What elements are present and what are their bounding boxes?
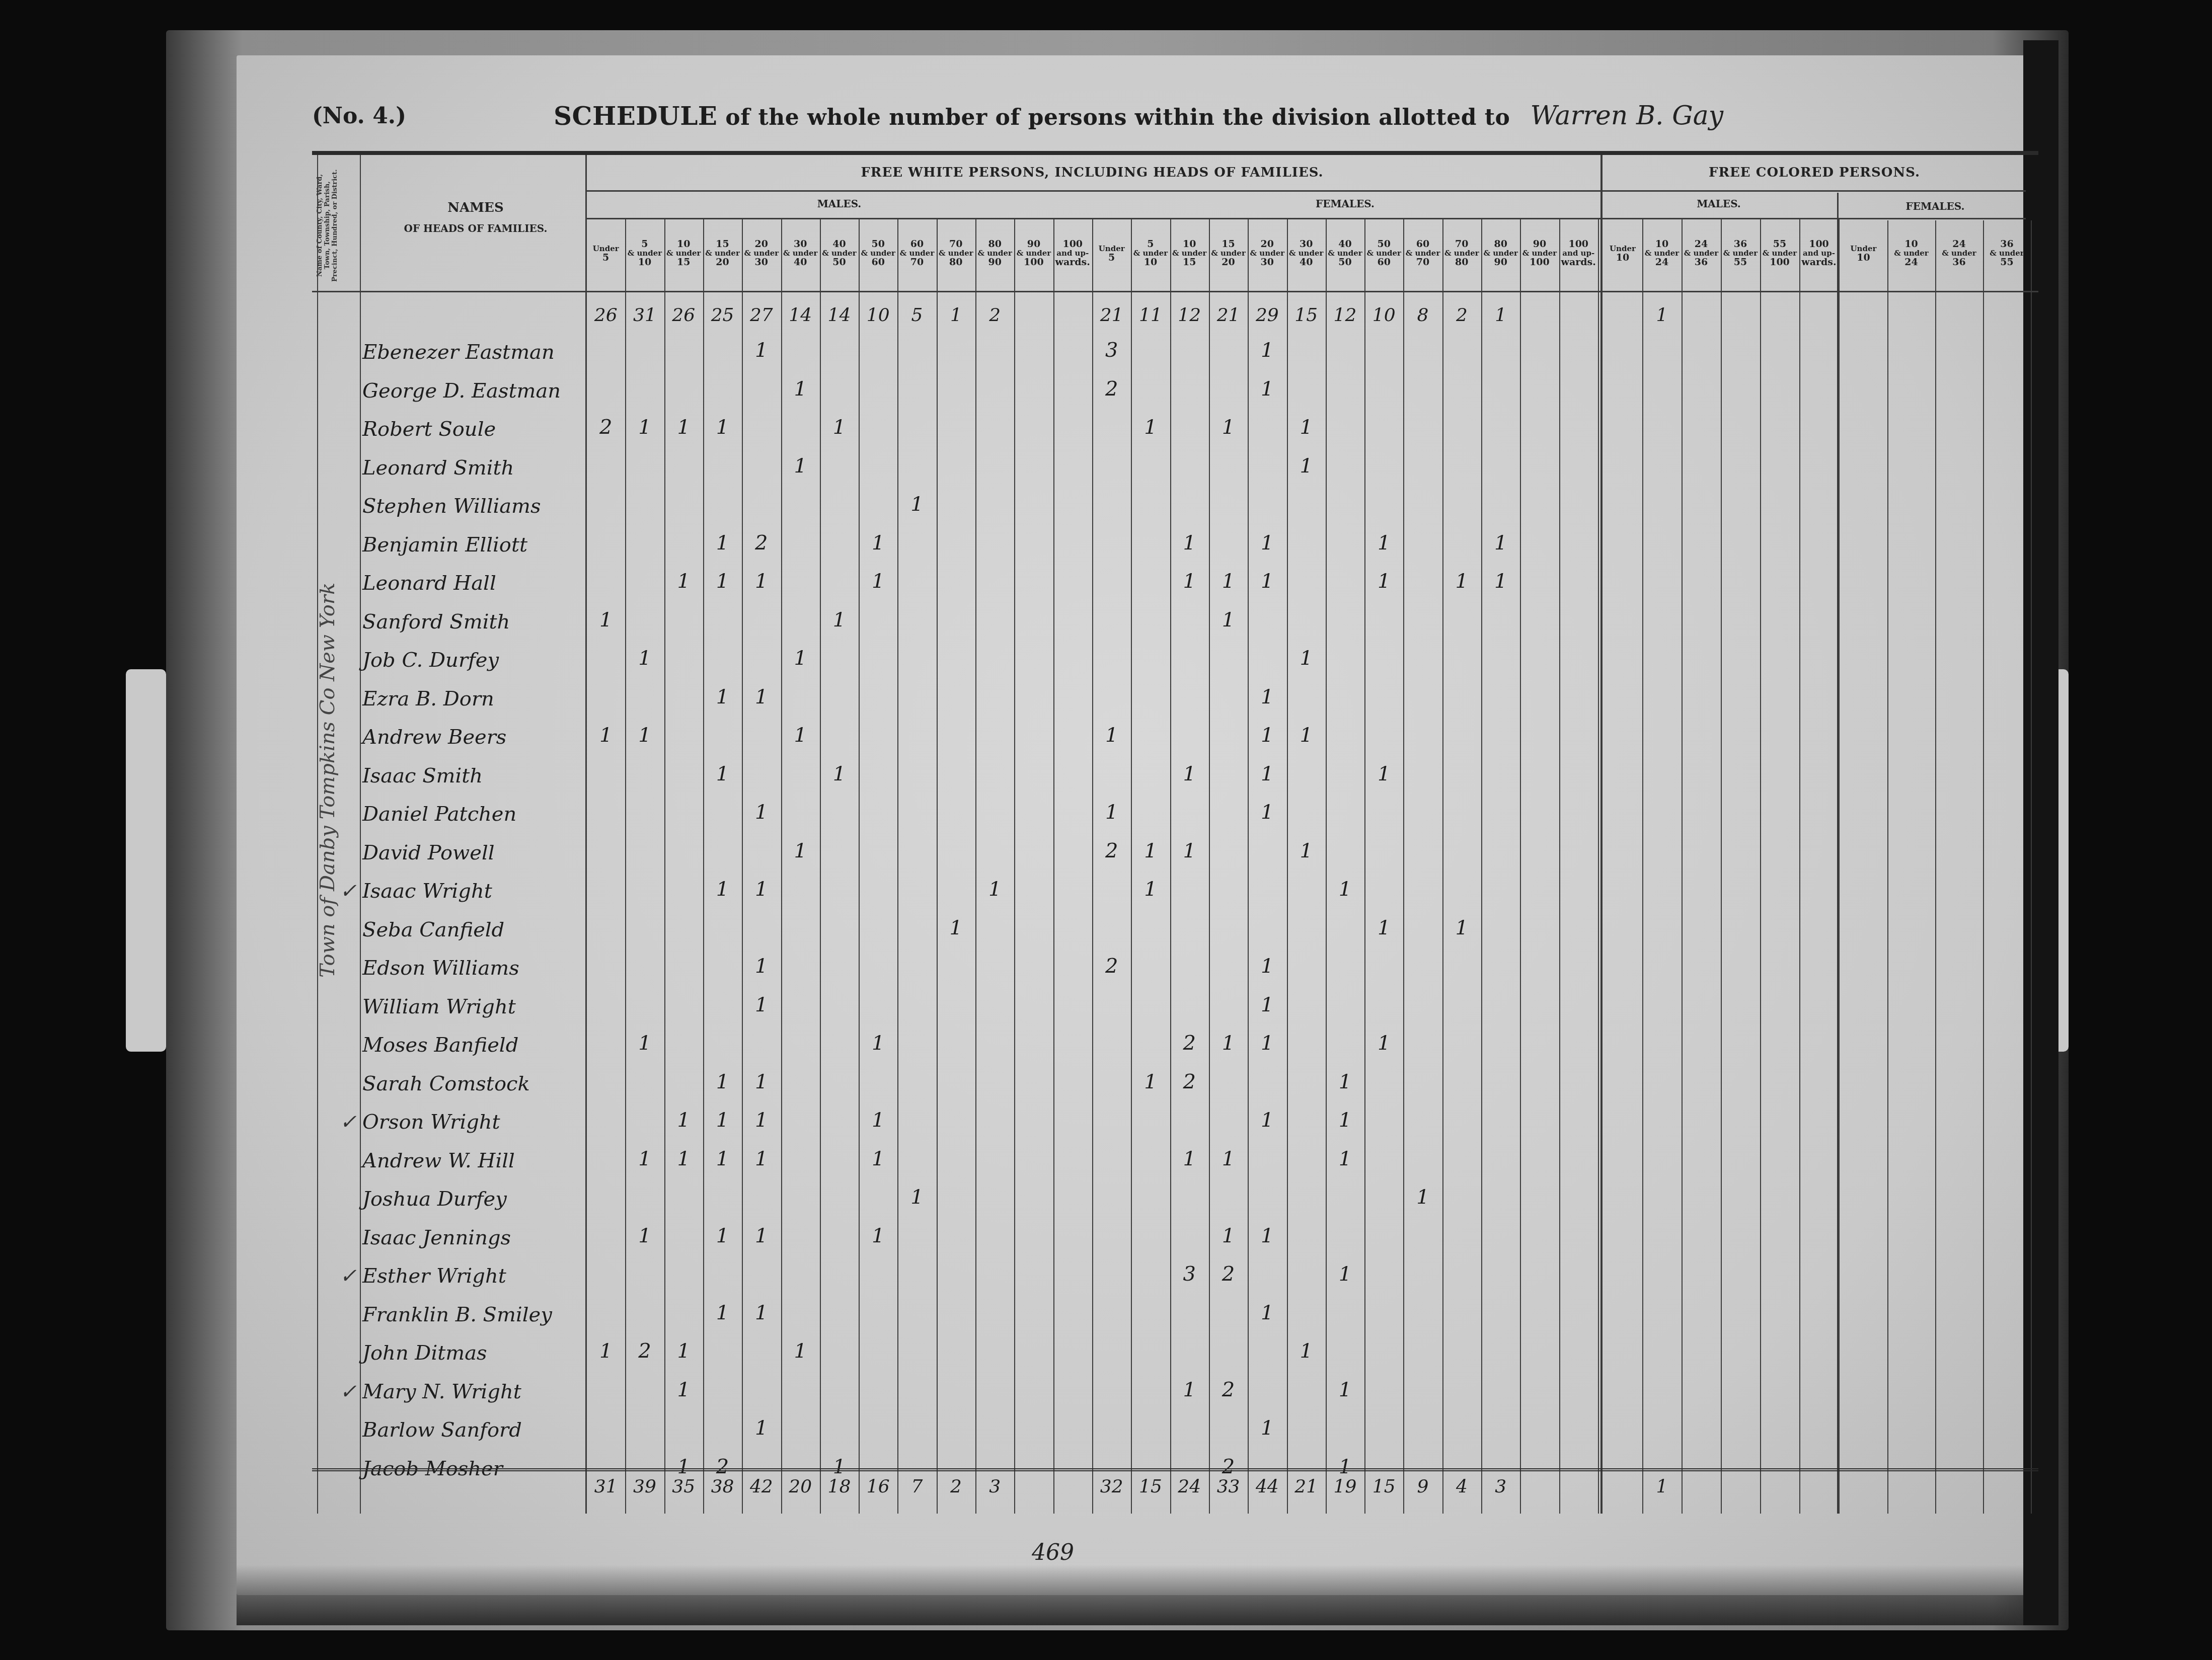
- age-header-top: 50: [859, 240, 897, 249]
- age-column-header: 30& under40: [781, 220, 820, 286]
- count-cell-wf: 1: [1131, 1070, 1170, 1093]
- count-cell-wm: 1: [742, 993, 781, 1016]
- location-margin-note: Town of Danby Tompkins Co New York: [316, 503, 346, 1057]
- count-cell-wf: 1: [1287, 839, 1326, 862]
- count-cell-wm: 1: [742, 878, 781, 901]
- count-cell-wf: 2: [1092, 377, 1131, 401]
- age-column-header: Under5: [1092, 220, 1131, 286]
- age-header-top: 70: [1442, 240, 1481, 249]
- page-tab-left: [126, 669, 166, 1052]
- count-cell-wf: 1: [1209, 1224, 1248, 1247]
- age-column-header: 20& under30: [1248, 220, 1286, 286]
- head-of-family-name: Esther Wright: [362, 1264, 584, 1288]
- age-header-bot: 60: [859, 258, 897, 267]
- count-cell-wm: 1: [703, 762, 742, 785]
- count-cell-wf: 1: [1326, 1262, 1364, 1286]
- count-cell-wm: 1: [742, 570, 781, 593]
- count-cell-wm: 1: [742, 685, 781, 708]
- count-cell-wf: 1: [1170, 570, 1209, 593]
- table-row: Seba Canfield111: [312, 911, 2038, 950]
- count-cell-wf: 1: [1170, 762, 1209, 785]
- count-cell-wm: 1: [897, 493, 936, 516]
- count-cell-wf: 2: [1092, 955, 1131, 978]
- count-cell-wf: 21: [1092, 305, 1131, 326]
- census-table: Name of County, City, Ward, Town, Townsh…: [312, 151, 2038, 1524]
- count-cell-wm: 1: [703, 531, 742, 555]
- head-of-family-name: Seba Canfield: [362, 918, 584, 941]
- age-header-top: 90: [1520, 240, 1559, 249]
- count-cell-wf: 1: [1092, 724, 1131, 747]
- count-cell-wf: 1: [1326, 1378, 1364, 1401]
- age-header-bot: wards.: [1799, 258, 1839, 267]
- head-of-family-name: Ezra B. Dorn: [362, 687, 584, 710]
- count-cell-wf: 1: [1248, 339, 1286, 362]
- count-cell-wm: 1: [859, 531, 897, 555]
- table-row: ✓Mary N. Wright1121: [312, 1373, 2038, 1412]
- free-colored-females-header: FEMALES.: [1840, 200, 2031, 212]
- count-cell-wf: 21: [1209, 305, 1248, 326]
- age-column-header: 15& under20: [703, 220, 742, 286]
- age-header-bot: 15: [1170, 258, 1209, 267]
- count-cell-wf: 1: [1442, 570, 1481, 593]
- age-column-header: 5& under10: [1131, 220, 1170, 286]
- count-cell-wf: 1: [1131, 878, 1170, 901]
- count-cell-wf: 1: [1248, 1416, 1286, 1440]
- age-header-top: 60: [897, 240, 936, 249]
- count-cell-wm: 1: [937, 305, 975, 326]
- table-row: ✓Isaac Wright11111: [312, 873, 2038, 911]
- age-header-bot: 10: [1840, 253, 1887, 262]
- age-column-header: 24& under36: [1935, 220, 1983, 286]
- count-cell-wf: 2: [1092, 839, 1131, 862]
- age-column-header: 70& under80: [1442, 220, 1481, 286]
- count-cell-wf: 1: [1248, 1109, 1286, 1132]
- count-cell-wf: 33: [1209, 1476, 1248, 1497]
- count-cell-wf: 1: [1364, 570, 1403, 593]
- age-header-top: 80: [1481, 240, 1520, 249]
- age-column-header: 10& under15: [1170, 220, 1209, 286]
- count-cell-wf: 1: [1403, 1185, 1442, 1209]
- age-header-bot: 40: [1287, 258, 1326, 267]
- count-cell-cm: 1: [1642, 1476, 1682, 1497]
- count-cell-wm: 27: [742, 305, 781, 326]
- count-cell-wf: 4: [1442, 1476, 1481, 1497]
- age-header-bot: 40: [781, 258, 820, 267]
- count-cell-wm: 1: [742, 801, 781, 824]
- count-cell-wf: 2: [1442, 305, 1481, 326]
- age-column-header: 10& under24: [1642, 220, 1682, 286]
- count-cell-wf: 1: [1209, 1032, 1248, 1055]
- count-cell-wm: 1: [664, 570, 703, 593]
- count-cell-wf: 21: [1287, 1476, 1326, 1497]
- count-cell-wm: 14: [820, 305, 859, 326]
- count-cell-wm: 1: [897, 1185, 936, 1209]
- age-header-top: 20: [1248, 240, 1286, 249]
- count-cell-wf: 9: [1403, 1476, 1442, 1497]
- count-cell-wf: 1: [1364, 916, 1403, 939]
- count-cell-wf: 1: [1209, 416, 1248, 439]
- count-cell-wm: 1: [703, 878, 742, 901]
- count-cell-wf: 8: [1403, 305, 1442, 326]
- count-cell-wm: 1: [703, 1224, 742, 1247]
- count-cell-wm: 1: [781, 647, 820, 670]
- count-cell-wm: 1: [742, 1070, 781, 1093]
- table-row: Sarah Comstock11121: [312, 1065, 2038, 1104]
- free-white-header: FREE WHITE PERSONS, INCLUDING HEADS OF F…: [586, 165, 1598, 180]
- totals-row: 313935384220181672332152433442119159431: [312, 1468, 2038, 1510]
- age-header-top: 40: [820, 240, 859, 249]
- age-column-header: 70& under80: [937, 220, 975, 286]
- head-of-family-name: Leonard Hall: [362, 572, 584, 595]
- head-of-family-name: David Powell: [362, 841, 584, 864]
- count-cell-wf: 1: [1209, 1147, 1248, 1170]
- age-header-top: 24: [1682, 240, 1721, 249]
- age-header-bot: 10: [625, 258, 664, 267]
- age-header-top: 90: [1014, 240, 1053, 249]
- age-column-header: 20& under30: [742, 220, 781, 286]
- free-colored-males-header: MALES.: [1600, 198, 1837, 210]
- count-cell-wf: 2: [1170, 1070, 1209, 1093]
- age-header-top: 10: [1642, 240, 1682, 249]
- age-header-bot: 30: [1248, 258, 1286, 267]
- count-cell-wm: 1: [781, 839, 820, 862]
- age-header-top: 80: [975, 240, 1014, 249]
- age-header-bot: 36: [1682, 258, 1721, 267]
- count-cell-wm: 1: [742, 1109, 781, 1132]
- age-header-top: 100: [1799, 240, 1839, 249]
- form-number: (No. 4.): [312, 103, 554, 129]
- count-cell-wm: 5: [897, 305, 936, 326]
- count-cell-wm: 1: [859, 570, 897, 593]
- count-cell-wm: 1: [625, 1032, 664, 1055]
- table-row: Job C. Durfey111: [312, 642, 2038, 680]
- age-column-header: 80& under90: [1481, 220, 1520, 286]
- age-header-bot: 60: [1364, 258, 1403, 267]
- age-header-bot: 80: [1442, 258, 1481, 267]
- head-of-family-name: Joshua Durfey: [362, 1188, 584, 1211]
- age-header-top: 100: [1559, 240, 1598, 249]
- age-header-top: 36: [1721, 240, 1760, 249]
- count-cell-wf: 1: [1481, 570, 1520, 593]
- count-cell-wm: 18: [820, 1476, 859, 1497]
- age-header-top: 70: [937, 240, 975, 249]
- age-header-bot: 15: [664, 258, 703, 267]
- count-cell-wf: 32: [1092, 1476, 1131, 1497]
- table-row: John Ditmas12111: [312, 1334, 2038, 1373]
- count-cell-wf: 1: [1248, 531, 1286, 555]
- count-cell-wm: 1: [859, 1032, 897, 1055]
- count-cell-wm: 1: [781, 724, 820, 747]
- head-of-family-name: Job C. Durfey: [362, 649, 584, 672]
- count-cell-cm: 1: [1642, 305, 1682, 326]
- age-header-bot: 20: [1209, 258, 1248, 267]
- age-header-bot: 55: [1721, 258, 1760, 267]
- head-of-family-name: Sanford Smith: [362, 610, 584, 634]
- head-of-family-name: Isaac Jennings: [362, 1226, 584, 1249]
- count-cell-wm: 2: [975, 305, 1014, 326]
- count-cell-wm: 1: [742, 955, 781, 978]
- age-column-header: 90& under100: [1014, 220, 1053, 286]
- count-cell-wm: 1: [859, 1224, 897, 1247]
- count-cell-wf: 2: [1170, 1032, 1209, 1055]
- count-cell-wm: 3: [975, 1476, 1014, 1497]
- age-column-header: 5& under10: [625, 220, 664, 286]
- head-of-family-name: Sarah Comstock: [362, 1072, 584, 1095]
- count-cell-wf: 12: [1326, 305, 1364, 326]
- count-cell-wm: 42: [742, 1476, 781, 1497]
- count-cell-wf: 1: [1481, 305, 1520, 326]
- count-cell-wm: 1: [625, 724, 664, 747]
- count-cell-wm: 1: [820, 416, 859, 439]
- count-cell-wm: 1: [625, 1224, 664, 1247]
- count-cell-wf: 1: [1170, 839, 1209, 862]
- age-column-header: 40& under50: [820, 220, 859, 286]
- count-cell-wf: 3: [1092, 339, 1131, 362]
- count-cell-wm: 1: [586, 608, 625, 631]
- schedule-title-rest: of the whole number of persons within th…: [725, 105, 1510, 130]
- count-cell-wm: 1: [820, 608, 859, 631]
- table-row: Sanford Smith111: [312, 603, 2038, 642]
- age-column-header: 90& under100: [1520, 220, 1559, 286]
- age-header-bot: 90: [1481, 258, 1520, 267]
- age-header-top: 10: [1887, 240, 1935, 249]
- age-column-header: 30& under40: [1287, 220, 1326, 286]
- row-rule: [586, 218, 2026, 219]
- age-column-header: 60& under70: [1403, 220, 1442, 286]
- head-of-family-name: Robert Soule: [362, 418, 584, 441]
- count-cell-wm: 14: [781, 305, 820, 326]
- names-column-header: NAMES OF HEADS OF FAMILIES.: [367, 200, 584, 234]
- location-column-header: Name of County, City, Ward, Town, Townsh…: [316, 165, 346, 286]
- count-cell-wm: 1: [781, 454, 820, 478]
- age-header-top: 50: [1364, 240, 1403, 249]
- table-row: Stephen Williams1: [312, 488, 2038, 526]
- table-row: Franklin B. Smiley111: [312, 1296, 2038, 1335]
- count-cell-wm: 1: [703, 416, 742, 439]
- page-total: 469: [1032, 1540, 1074, 1565]
- head-of-family-name: Mary N. Wright: [362, 1380, 584, 1403]
- carried-forward-row: 263126252714141051221111221291512108211: [312, 300, 2038, 339]
- age-header-bot: 100: [1520, 258, 1559, 267]
- count-cell-wm: 1: [703, 1109, 742, 1132]
- age-column-header: 60& under70: [897, 220, 936, 286]
- count-cell-wm: 1: [703, 1301, 742, 1324]
- age-header-bot: 70: [1403, 258, 1442, 267]
- count-cell-wm: 1: [742, 1301, 781, 1324]
- count-cell-wf: 29: [1248, 305, 1286, 326]
- table-row: Joshua Durfey11: [312, 1180, 2038, 1219]
- table-row: ✓Orson Wright111111: [312, 1103, 2038, 1142]
- count-cell-wm: 1: [742, 1224, 781, 1247]
- table-row: Ezra B. Dorn111: [312, 680, 2038, 719]
- count-cell-wf: 1: [1481, 531, 1520, 555]
- count-cell-wf: 1: [1248, 762, 1286, 785]
- count-cell-wf: 1: [1287, 416, 1326, 439]
- count-cell-wm: 1: [859, 1147, 897, 1170]
- count-cell-wf: 1: [1209, 608, 1248, 631]
- age-header-bot: 50: [1326, 258, 1364, 267]
- age-header-bot: 100: [1760, 258, 1799, 267]
- head-of-family-name: William Wright: [362, 995, 584, 1018]
- count-cell-wm: 1: [742, 1416, 781, 1440]
- head-of-family-name: Orson Wright: [362, 1111, 584, 1134]
- count-cell-wm: 25: [703, 305, 742, 326]
- page-header: (No. 4.) SCHEDULE of the whole number of…: [312, 93, 2023, 138]
- count-cell-wm: 20: [781, 1476, 820, 1497]
- count-cell-wm: 1: [586, 724, 625, 747]
- age-column-header: 100and up-wards.: [1799, 220, 1839, 286]
- age-header-top: 36: [1983, 240, 2031, 249]
- schedule-title-lead: SCHEDULE: [554, 101, 717, 131]
- age-column-header: 55& under100: [1760, 220, 1799, 286]
- age-column-header: 80& under90: [975, 220, 1014, 286]
- age-column-header: 36& under55: [1721, 220, 1760, 286]
- age-header-bot: 55: [1983, 258, 2031, 267]
- head-of-family-name: Ebenezer Eastman: [362, 341, 584, 364]
- count-cell-wf: 1: [1442, 916, 1481, 939]
- head-of-family-name: George D. Eastman: [362, 379, 584, 403]
- age-column-header: 10& under15: [664, 220, 703, 286]
- count-cell-wf: 1: [1326, 878, 1364, 901]
- count-cell-wm: 16: [859, 1476, 897, 1497]
- table-row: Moses Banfield112111: [312, 1026, 2038, 1065]
- count-cell-wm: 26: [586, 305, 625, 326]
- count-cell-wf: 1: [1170, 1378, 1209, 1401]
- enumerator-name: Warren B. Gay: [1530, 101, 1723, 131]
- table-row: Daniel Patchen111: [312, 796, 2038, 834]
- table-row: Robert Soule21111111: [312, 411, 2038, 449]
- count-cell-wf: 1: [1170, 1147, 1209, 1170]
- count-cell-wm: 38: [703, 1476, 742, 1497]
- age-column-header: 36& under55: [1983, 220, 2031, 286]
- count-cell-wm: 2: [742, 531, 781, 555]
- age-column-header: Under10: [1840, 220, 1887, 286]
- count-cell-wf: 2: [1209, 1262, 1248, 1286]
- head-of-family-name: Isaac Smith: [362, 764, 584, 787]
- count-cell-wm: 1: [975, 878, 1014, 901]
- count-cell-wf: 1: [1248, 1032, 1286, 1055]
- age-header-top: 15: [1209, 240, 1248, 249]
- age-header-top: 15: [703, 240, 742, 249]
- age-header-bot: 24: [1642, 258, 1682, 267]
- head-of-family-name: Leonard Smith: [362, 456, 584, 480]
- count-cell-wm: 1: [664, 416, 703, 439]
- count-cell-wm: 10: [859, 305, 897, 326]
- head-of-family-name: Andrew W. Hill: [362, 1149, 584, 1172]
- count-cell-wf: 1: [1364, 531, 1403, 555]
- count-cell-wm: 1: [703, 685, 742, 708]
- count-cell-wf: 1: [1287, 454, 1326, 478]
- count-cell-wm: 31: [625, 305, 664, 326]
- age-column-header: 40& under50: [1326, 220, 1364, 286]
- count-cell-wf: 15: [1131, 1476, 1170, 1497]
- count-cell-wf: 1: [1287, 724, 1326, 747]
- count-cell-wm: 31: [586, 1476, 625, 1497]
- age-header-bot: 20: [703, 258, 742, 267]
- count-cell-wm: 2: [586, 416, 625, 439]
- age-header-bot: wards.: [1559, 258, 1598, 267]
- count-cell-wf: 12: [1170, 305, 1209, 326]
- age-column-header: 50& under60: [859, 220, 897, 286]
- count-cell-wm: 1: [742, 339, 781, 362]
- count-cell-wm: 1: [664, 1147, 703, 1170]
- age-header-top: 30: [781, 240, 820, 249]
- table-row: William Wright11: [312, 988, 2038, 1027]
- count-cell-wm: 1: [703, 1070, 742, 1093]
- count-cell-wf: 1: [1248, 1224, 1286, 1247]
- head-of-family-name: Moses Banfield: [362, 1034, 584, 1057]
- count-cell-wm: 1: [937, 916, 975, 939]
- head-of-family-name: Stephen Williams: [362, 495, 584, 518]
- age-header-bot: 5: [586, 253, 625, 262]
- age-header-bot: 24: [1887, 258, 1935, 267]
- count-cell-wf: 19: [1326, 1476, 1364, 1497]
- age-header-top: 40: [1326, 240, 1364, 249]
- age-header-top: 10: [664, 240, 703, 249]
- count-cell-wm: 1: [703, 1147, 742, 1170]
- count-cell-wf: 1: [1326, 1147, 1364, 1170]
- age-header-top: 10: [1170, 240, 1209, 249]
- count-cell-wf: 1: [1248, 685, 1286, 708]
- head-of-family-name: Benjamin Elliott: [362, 533, 584, 557]
- head-of-family-name: Andrew Beers: [362, 726, 584, 749]
- age-column-header: Under5: [586, 220, 625, 286]
- count-cell-wf: 3: [1481, 1476, 1520, 1497]
- age-header-top: 24: [1935, 240, 1983, 249]
- free-white-females-header: FEMALES.: [1092, 198, 1598, 210]
- count-cell-wf: 2: [1209, 1378, 1248, 1401]
- age-header-bot: 100: [1014, 258, 1053, 267]
- free-colored-header: FREE COLORED PERSONS.: [1600, 165, 2028, 180]
- age-header-bot: 50: [820, 258, 859, 267]
- count-cell-wm: 1: [664, 1109, 703, 1132]
- table-row: Andrew Beers111111: [312, 719, 2038, 757]
- count-cell-wm: 1: [586, 1339, 625, 1363]
- count-cell-wf: 1: [1248, 724, 1286, 747]
- count-cell-wf: 10: [1364, 305, 1403, 326]
- head-of-family-name: Isaac Wright: [362, 880, 584, 903]
- age-header-bot: 70: [897, 258, 936, 267]
- count-cell-wm: 35: [664, 1476, 703, 1497]
- row-rule: [312, 291, 2038, 292]
- free-white-males-header: MALES.: [586, 198, 1092, 210]
- schedule-title: SCHEDULE of the whole number of persons …: [554, 101, 1510, 131]
- count-cell-wf: 1: [1209, 570, 1248, 593]
- count-cell-wm: 1: [664, 1378, 703, 1401]
- age-column-header: 15& under20: [1209, 220, 1248, 286]
- head-of-family-name: Edson Williams: [362, 957, 584, 980]
- count-cell-wm: 1: [820, 762, 859, 785]
- table-row: ✓Esther Wright321: [312, 1257, 2038, 1296]
- count-cell-wf: 1: [1248, 801, 1286, 824]
- count-cell-wf: 24: [1170, 1476, 1209, 1497]
- count-cell-wf: 1: [1364, 1032, 1403, 1055]
- count-cell-wm: 1: [664, 1339, 703, 1363]
- age-header-bot: 80: [937, 258, 975, 267]
- check-mark: ✓: [340, 1380, 357, 1403]
- age-header-bot: 10: [1131, 258, 1170, 267]
- count-cell-wm: 1: [625, 647, 664, 670]
- age-header-top: 30: [1287, 240, 1326, 249]
- row-rule: [586, 190, 2026, 192]
- count-cell-wm: 7: [897, 1476, 936, 1497]
- age-column-header: 100and up-wards.: [1559, 220, 1598, 286]
- age-column-header: 10& under24: [1887, 220, 1935, 286]
- table-row: David Powell12111: [312, 834, 2038, 873]
- count-cell-wf: 1: [1092, 801, 1131, 824]
- count-cell-wf: 44: [1248, 1476, 1286, 1497]
- head-of-family-name: John Ditmas: [362, 1341, 584, 1365]
